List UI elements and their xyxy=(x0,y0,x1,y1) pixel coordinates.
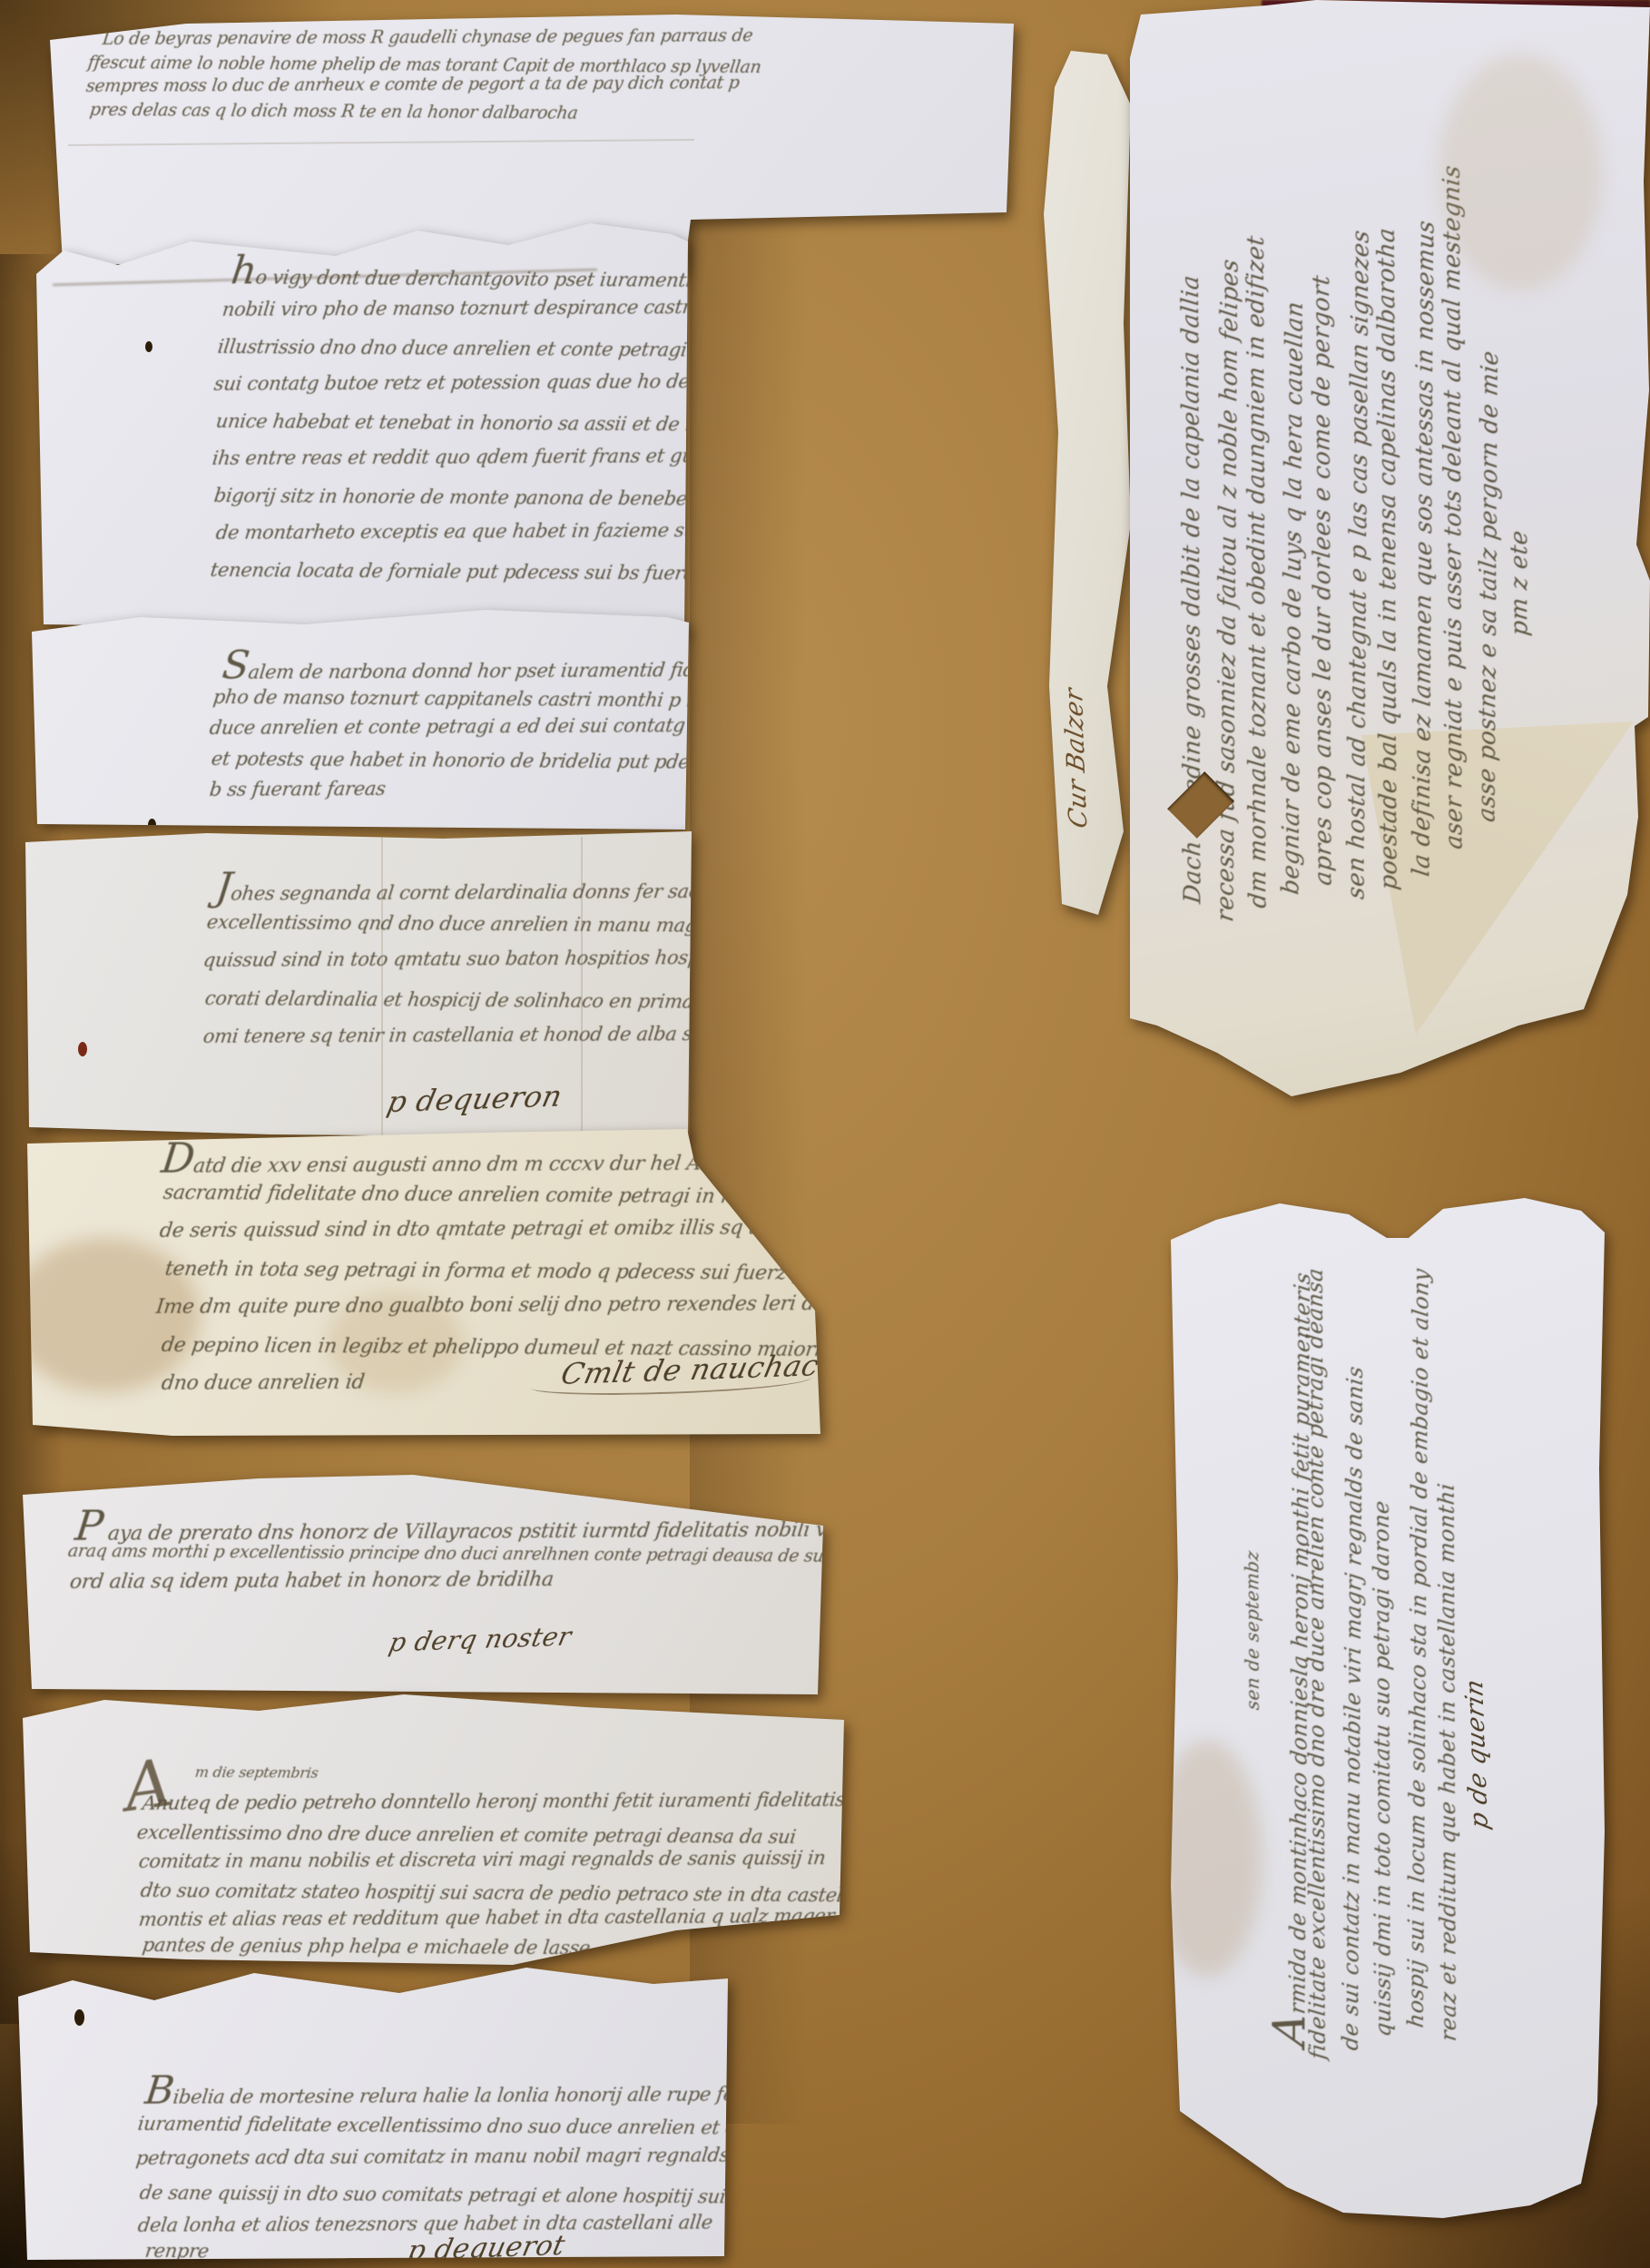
text-line: poestade bal quals la in tenensa capelin… xyxy=(1373,227,1403,892)
text-line: Johes segnanda al cornt delardinalia don… xyxy=(214,869,692,905)
text-line: montis et alias reas et redditum que hab… xyxy=(138,1905,836,1930)
text-line: sui contatg butoe retz et potession quas… xyxy=(213,370,688,395)
text-line: nobili viro pho de manso toznurt despira… xyxy=(221,296,688,320)
paper-crease xyxy=(68,139,694,146)
text-line: reaz et redditum que habet in castellani… xyxy=(1434,1482,1461,2043)
manuscript-fragment-4: Johes segnanda al cornt delardinalia don… xyxy=(25,828,692,1145)
paper-sheet: Datd die xxv ensi augusti anno dm m cccx… xyxy=(27,1129,826,1439)
paper-sheet: Bibelia de mortesine relura halie la lon… xyxy=(18,1960,728,2262)
text-line: araq ams morthi p excellentissio princip… xyxy=(67,1541,823,1566)
text-line: pres delas cas q lo dich moss R te en la… xyxy=(89,100,579,123)
text-line: omi tenere sq tenir in castellania et ho… xyxy=(202,1023,692,1047)
paper-sheet: sen de septembz Armida de montinhaco don… xyxy=(1171,1196,1606,2218)
text-line: apres cop anses le dur dorlees e come de… xyxy=(1308,274,1337,887)
text-line: Salem de narbona donnd hor pset iurament… xyxy=(221,648,689,683)
paper-sheet: A m die septembris Anuteq de pedio petre… xyxy=(23,1684,844,1969)
text-line: P aya de prerato dns honorz de Villayrac… xyxy=(74,1507,823,1546)
text-line: quissij dmi in toto comitatu suo petragi… xyxy=(1369,1499,1396,2038)
text-line: Bibelia de mortesine relura halie la lon… xyxy=(143,2073,728,2108)
text-line: corati delardinalia et hospicij de solin… xyxy=(203,987,692,1014)
text-line: excellentissimo qnd dno duce anrelien in… xyxy=(205,911,692,938)
text-line: pm z ete xyxy=(1506,529,1533,637)
paper-sheet: ho vigy dont due derchantgovito pset iur… xyxy=(36,214,688,641)
text-line: excellentissimo dno dre duce anrelien et… xyxy=(135,1821,797,1848)
signature: p derq noster xyxy=(387,1622,575,1658)
manuscript-sliver-strip: Cur Balzer xyxy=(1044,51,1134,915)
manuscript-fragment-right-bottom: sen de septembz Armida de montinhaco don… xyxy=(1171,1196,1606,2218)
text-line: dm morhnale toznant et obedint daungniem… xyxy=(1242,234,1272,909)
text-line: duce anrelien et conte petragi a ed dei … xyxy=(209,713,689,739)
signature: p dequerot xyxy=(405,2230,568,2262)
text-line: petragonets acd dta sui comitatz in manu… xyxy=(135,2145,728,2169)
text-line: ho vigy dont due derchantgovito pset iur… xyxy=(230,256,688,291)
heading-line: m die septembris xyxy=(194,1763,319,1782)
text-line: sen hostal ad chantegnat e p las cas pas… xyxy=(1343,229,1375,901)
red-wax-speck xyxy=(78,1042,87,1056)
manuscript-fragment-8: Bibelia de mortesine relura halie la lon… xyxy=(18,1960,728,2262)
text-line: dno duce anrelien id xyxy=(161,1371,366,1395)
text-line: comitatz in manu nobilis et discreta vir… xyxy=(138,1847,827,1872)
text-line: recessa fud sasonniez da faltou al z nob… xyxy=(1213,258,1244,924)
text-line: sacramtid fidelitate dno duce anrelien c… xyxy=(162,1182,826,1210)
text-line: renpre xyxy=(143,2240,210,2262)
text-line: dela lonha et alios tenezsnors que habet… xyxy=(137,2212,714,2236)
manuscript-fragment-5: Datd die xxv ensi augusti anno dm m cccx… xyxy=(27,1129,826,1439)
text-line: iuramentid fidelitate excellentissimo dn… xyxy=(136,2113,728,2139)
text-line: quissud sind in toto qmtatu suo baton ho… xyxy=(202,946,692,971)
manuscript-fragment-right-top: Dach antedine grosses dalbit de la capel… xyxy=(1130,0,1650,1125)
text-line: asse postnez e sa tailz pergorn de mie xyxy=(1474,349,1505,824)
text-line: begniar de eme carbo de luys q la hera c… xyxy=(1278,299,1310,896)
signature: p dequeron xyxy=(384,1079,565,1120)
text-line: b ss fuerant fareas xyxy=(209,778,388,800)
rotated-text-block: Cur Balzer xyxy=(1046,51,1133,915)
signature: p de querin xyxy=(1460,1676,1494,1831)
text-line: Lo de beyras penavire de moss R gaudelli… xyxy=(102,25,754,49)
ink-speck xyxy=(74,2009,84,2026)
rotated-text-block: sen de septembz Armida de montinhaco don… xyxy=(1171,1196,1606,2218)
manuscript-fragment-7: A m die septembris Anuteq de pedio petre… xyxy=(23,1684,844,1969)
text-line: Datd die xxv ensi augusti anno dm m cccx… xyxy=(160,1140,826,1178)
text-line: aser regniat e puis asser tots deleant a… xyxy=(1439,164,1468,850)
text-line: de montarheto exceptis ea que habet in f… xyxy=(215,519,688,544)
manuscript-fragment-3: Salem de narbona donnd hor pset iurament… xyxy=(32,599,689,837)
photograph-of-manuscript-fragments: Lo de beyras penavire de moss R gaudelli… xyxy=(0,0,1650,2268)
ink-speck xyxy=(145,341,152,352)
text-line: de sane quissij in dto suo comitats petr… xyxy=(138,2182,728,2208)
text-line: dto suo comitatz stateo hospitij sui sac… xyxy=(139,1880,844,1907)
signature-flourish xyxy=(531,1364,812,1396)
text-line: tenencia locata de forniale put pdecess … xyxy=(209,559,688,584)
sideways-signature: Cur Balzer xyxy=(1060,685,1093,830)
text-line: Anuteq de pedio petreho donntello heronj… xyxy=(142,1789,844,1814)
text-line: la definisa ez lamamen que sos antessas … xyxy=(1409,219,1440,878)
paper-sheet: Johes segnanda al cornt delardinalia don… xyxy=(25,828,692,1145)
paper-sheet: Cur Balzer xyxy=(1044,51,1134,915)
text-line: ihs entre reas et reddit quo qdem fuerit… xyxy=(211,445,688,469)
paper-sheet: Dach antedine grosses dalbit de la capel… xyxy=(1130,0,1650,1125)
text-line: hospij sui in locum de solinhaco sta in … xyxy=(1403,1267,1434,2029)
text-line: bigorij sitz in honorie de monte panona … xyxy=(212,485,688,510)
text-line: de sui contatz in manu notabile viri mag… xyxy=(1338,1365,1368,2052)
text-line: de seris quissud sind in dto qmtate petr… xyxy=(159,1216,826,1242)
paper-sheet: Salem de narbona donnd hor pset iurament… xyxy=(32,599,689,837)
manuscript-fragment-2: ho vigy dont due derchantgovito pset iur… xyxy=(36,214,688,641)
manuscript-fragment-6: P aya de prerato dns honorz de Villayrac… xyxy=(23,1438,823,1702)
text-line: illustrissio dno dno duce anrelien et co… xyxy=(216,336,688,361)
heading-line: sen de septembz xyxy=(1241,1549,1263,1711)
text-line: sempres moss lo duc de anrheux e comte d… xyxy=(85,73,741,96)
text-line: Ime dm quite pure dno gualbto boni selij… xyxy=(155,1292,826,1319)
text-line: pho de manso toznurt cappitanels castri … xyxy=(211,686,689,712)
text-line: unice habebat et tenebat in honorio sa a… xyxy=(214,410,688,436)
rotated-text-block: Dach antedine grosses dalbit de la capel… xyxy=(1130,1,1650,1126)
text-line: et potests que habet in honorio de bride… xyxy=(210,748,689,773)
text-line: teneth in tota seg petragi in forma et m… xyxy=(163,1258,826,1286)
paper-sheet: P aya de prerato dns honorz de Villayrac… xyxy=(23,1438,823,1702)
text-line: ord alia sq idem puta habet in honorz de… xyxy=(69,1568,555,1594)
text-line: pantes de genius php helpa e michaele de… xyxy=(141,1934,591,1959)
text-line: fidelitate excellentissimo dno dre duce … xyxy=(1302,1267,1331,2061)
